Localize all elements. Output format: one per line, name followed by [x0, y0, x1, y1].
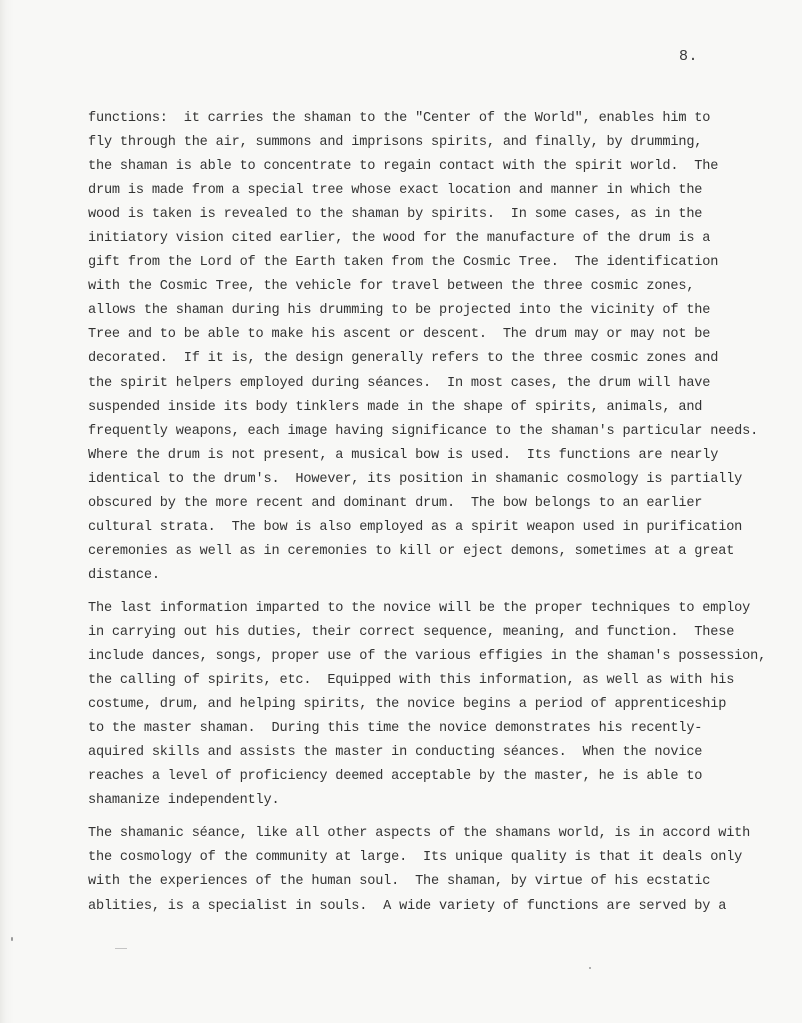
text-line: initiatory vision cited earlier, the woo… [88, 227, 778, 251]
paragraph: The shamanic séance, like all other aspe… [88, 822, 778, 918]
text-line: fly through the air, summons and impriso… [88, 131, 778, 155]
text-line: include dances, songs, proper use of the… [88, 645, 778, 669]
text-line: aquired skills and assists the master in… [88, 741, 778, 765]
text-line: ceremonies as well as in ceremonies to k… [88, 540, 778, 564]
text-line: frequently weapons, each image having si… [88, 420, 778, 444]
text-line: costume, drum, and helping spirits, the … [88, 693, 778, 717]
text-line: distance. [88, 564, 778, 588]
body-text: functions: it carries the shaman to the … [88, 107, 778, 919]
stray-mark [589, 967, 591, 969]
stray-mark [115, 948, 127, 949]
text-line: gift from the Lord of the Earth taken fr… [88, 251, 778, 275]
page-number: 8. [679, 48, 698, 65]
text-line: obscured by the more recent and dominant… [88, 492, 778, 516]
text-line: functions: it carries the shaman to the … [88, 107, 778, 131]
stray-mark [11, 937, 13, 941]
text-line: the calling of spirits, etc. Equipped wi… [88, 669, 778, 693]
text-line: drum is made from a special tree whose e… [88, 179, 778, 203]
text-line: Where the drum is not present, a musical… [88, 444, 778, 468]
text-line: in carrying out his duties, their correc… [88, 621, 778, 645]
text-line: the cosmology of the community at large.… [88, 846, 778, 870]
text-line: allows the shaman during his drumming to… [88, 299, 778, 323]
document-page: 8. functions: it carries the shaman to t… [0, 0, 802, 1023]
text-line: The last information imparted to the nov… [88, 597, 778, 621]
text-line: wood is taken is revealed to the shaman … [88, 203, 778, 227]
text-line: with the experiences of the human soul. … [88, 870, 778, 894]
text-line: decorated. If it is, the design generall… [88, 347, 778, 371]
text-line: reaches a level of proficiency deemed ac… [88, 765, 778, 789]
text-line: to the master shaman. During this time t… [88, 717, 778, 741]
text-line: cultural strata. The bow is also employe… [88, 516, 778, 540]
text-line: the shaman is able to concentrate to reg… [88, 155, 778, 179]
text-line: ablities, is a specialist in souls. A wi… [88, 895, 778, 919]
text-line: The shamanic séance, like all other aspe… [88, 822, 778, 846]
text-line: the spirit helpers employed during séanc… [88, 372, 778, 396]
text-line: shamanize independently. [88, 789, 778, 813]
paragraph: functions: it carries the shaman to the … [88, 107, 778, 588]
text-line: with the Cosmic Tree, the vehicle for tr… [88, 275, 778, 299]
text-line: Tree and to be able to make his ascent o… [88, 323, 778, 347]
text-line: suspended inside its body tinklers made … [88, 396, 778, 420]
paragraph: The last information imparted to the nov… [88, 597, 778, 813]
text-line: identical to the drum's. However, its po… [88, 468, 778, 492]
